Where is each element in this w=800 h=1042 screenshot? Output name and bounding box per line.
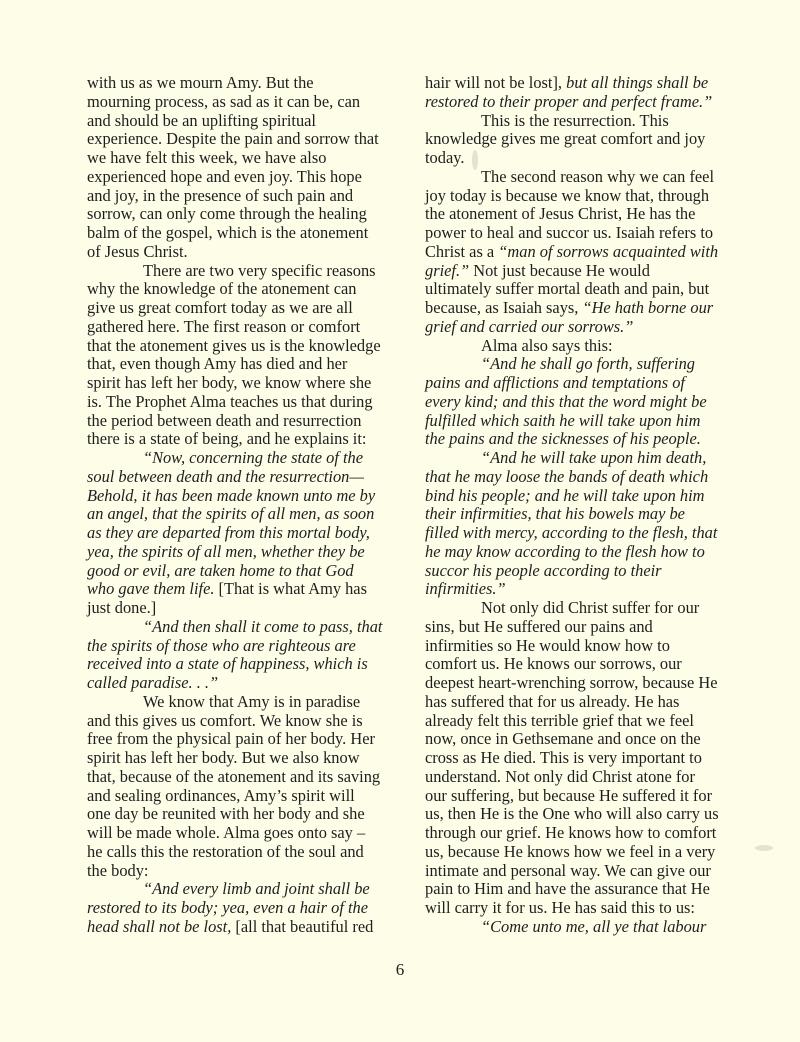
quoted-scripture: restored to its body; yea, even a hair o… <box>87 898 368 917</box>
text-line: just done.] <box>87 599 405 618</box>
text-line: There are two very specific reasons <box>87 262 405 281</box>
quoted-scripture: called paradise. . .” <box>87 673 218 692</box>
text-line: us, then He is the One who will also car… <box>425 805 743 824</box>
text-line: because, as Isaiah says, “He hath borne … <box>425 299 743 318</box>
quoted-scripture: “Come unto me, all ye that labour <box>481 917 706 936</box>
quoted-scripture: “man of sorrows acquainted with <box>498 242 718 261</box>
quoted-scripture: an angel, that the spirits of all men, a… <box>87 504 374 523</box>
text-line: yea, the spirits of all men, whether the… <box>87 543 405 562</box>
text-line: who gave them life. [That is what Amy ha… <box>87 580 405 599</box>
left-column-text: with us as we mourn Amy. But themourning… <box>87 74 405 937</box>
text-line: sins, but He suffered our pains and <box>425 618 743 637</box>
text-line: joy today is because we know that, throu… <box>425 187 743 206</box>
text-line: we have felt this week, we have also <box>87 149 405 168</box>
text-line: grief and carried our sorrows.” <box>425 318 743 337</box>
text-line: and joy, in the presence of such pain an… <box>87 187 405 206</box>
text-line: that he may loose the bands of death whi… <box>425 468 743 487</box>
text-line: with us as we mourn Amy. But the <box>87 74 405 93</box>
text-line: power to heal and succor us. Isaiah refe… <box>425 224 743 243</box>
text-line: is. The Prophet Alma teaches us that dur… <box>87 393 405 412</box>
quoted-scripture: grief.” <box>425 261 469 280</box>
quoted-scripture: succor his people according to their <box>425 561 662 580</box>
text-line: one day be reunited with her body and sh… <box>87 805 405 824</box>
quoted-scripture: that he may loose the bands of death whi… <box>425 467 708 486</box>
text-line: us, because He knows how we feel in a ve… <box>425 843 743 862</box>
text-line: grief.” Not just because He would <box>425 262 743 281</box>
text-line: and sealing ordinances, Amy’s spirit wil… <box>87 787 405 806</box>
text-line: restored to its body; yea, even a hair o… <box>87 899 405 918</box>
text-line: filled with mercy, according to the fles… <box>425 524 743 543</box>
text-line: why the knowledge of the atonement can <box>87 280 405 299</box>
text-line: infirmities.” <box>425 580 743 599</box>
text-line: of Jesus Christ. <box>87 243 405 262</box>
quoted-scripture: received into a state of happiness, whic… <box>87 654 368 673</box>
text-line: has suffered that for us already. He has <box>425 693 743 712</box>
quoted-scripture: who gave them life. <box>87 579 214 598</box>
quoted-scripture: soul between death and the resurrection— <box>87 467 364 486</box>
quoted-scripture: the pains and the sicknesses of his peop… <box>425 429 701 448</box>
text-line: “And he will take upon him death, <box>425 449 743 468</box>
text-line: that, because of the atonement and its s… <box>87 768 405 787</box>
quoted-scripture: yea, the spirits of all men, whether the… <box>87 542 365 561</box>
text-line: he may know according to the flesh how t… <box>425 543 743 562</box>
text-line: balm of the gospel, which is the atoneme… <box>87 224 405 243</box>
text-line: gathered here. The first reason or comfo… <box>87 318 405 337</box>
text-line: through our grief. He knows how to comfo… <box>425 824 743 843</box>
paper-smudge <box>755 845 773 851</box>
text-line: the body: <box>87 862 405 881</box>
paper-smudge <box>472 150 478 170</box>
text-line: comfort us. He knows our sorrows, our <box>425 655 743 674</box>
text-line: Behold, it has been made known unto me b… <box>87 487 405 506</box>
text-line: experience. Despite the pain and sorrow … <box>87 130 405 149</box>
left-text-column: with us as we mourn Amy. But themourning… <box>87 74 405 937</box>
text-line: the spirits of those who are righteous a… <box>87 637 405 656</box>
text-line: “Come unto me, all ye that labour <box>425 918 743 937</box>
text-line: that, even though Amy has died and her <box>87 355 405 374</box>
text-line: good or evil, are taken home to that God <box>87 562 405 581</box>
quoted-scripture: their infirmities, that his bowels may b… <box>425 504 685 523</box>
text-line: The second reason why we can feel <box>425 168 743 187</box>
quoted-scripture: “And then shall it come to pass, that <box>143 617 382 636</box>
text-line: called paradise. . .” <box>87 674 405 693</box>
text-line: Alma also says this: <box>425 337 743 356</box>
text-line: the period between death and resurrectio… <box>87 412 405 431</box>
quoted-scripture: restored to their proper and perfect fra… <box>425 92 712 111</box>
text-line: We know that Amy is in paradise <box>87 693 405 712</box>
quoted-scripture: bind his people; and he will take upon h… <box>425 486 705 505</box>
quoted-scripture: the spirits of those who are righteous a… <box>87 636 356 655</box>
text-line: cross as He died. This is very important… <box>425 749 743 768</box>
text-line: sorrow, can only come through the healin… <box>87 205 405 224</box>
text-line: will be made whole. Alma goes onto say – <box>87 824 405 843</box>
text-line: that the atonement gives us is the knowl… <box>87 337 405 356</box>
quoted-scripture: “He hath borne our <box>582 298 713 317</box>
quoted-scripture: infirmities.” <box>425 579 506 598</box>
text-line: hair will not be lost], but all things s… <box>425 74 743 93</box>
text-line: infirmities so He would know how to <box>425 637 743 656</box>
text-line: Christ as a “man of sorrows acquainted w… <box>425 243 743 262</box>
text-line: knowledge gives me great comfort and joy <box>425 130 743 149</box>
quoted-scripture: grief and carried our sorrows.” <box>425 317 633 336</box>
text-line: pain to Him and have the assurance that … <box>425 880 743 899</box>
text-line: and should be an uplifting spiritual <box>87 112 405 131</box>
text-line: there is a state of being, and he explai… <box>87 430 405 449</box>
text-line: fulfilled which saith he will take upon … <box>425 412 743 431</box>
text-line: and this gives us comfort. We know she i… <box>87 712 405 731</box>
quoted-scripture: but all things shall be <box>566 73 708 92</box>
text-line: free from the physical pain of her body.… <box>87 730 405 749</box>
text-line: experienced hope and even joy. This hope <box>87 168 405 187</box>
text-line: give us great comfort today as we are al… <box>87 299 405 318</box>
text-line: now, once in Gethsemane and once on the <box>425 730 743 749</box>
text-line: bind his people; and he will take upon h… <box>425 487 743 506</box>
quoted-scripture: head shall not be lost, <box>87 917 231 936</box>
quoted-scripture: good or evil, are taken home to that God <box>87 561 354 580</box>
text-line: Not only did Christ suffer for our <box>425 599 743 618</box>
text-line: “Now, concerning the state of the <box>87 449 405 468</box>
quoted-scripture: Behold, it has been made known unto me b… <box>87 486 375 505</box>
page-number: 6 <box>0 960 800 980</box>
text-line: the atonement of Jesus Christ, He has th… <box>425 205 743 224</box>
text-line: the pains and the sicknesses of his peop… <box>425 430 743 449</box>
text-line: spirit has left her body. But we also kn… <box>87 749 405 768</box>
quoted-scripture: fulfilled which saith he will take upon … <box>425 411 700 430</box>
text-line: an angel, that the spirits of all men, a… <box>87 505 405 524</box>
text-line: “And every limb and joint shall be <box>87 880 405 899</box>
quoted-scripture: filled with mercy, according to the fles… <box>425 523 717 542</box>
quoted-scripture: every kind; and this that the word might… <box>425 392 707 411</box>
text-line: deepest heart-wrenching sorrow, because … <box>425 674 743 693</box>
text-line: “And he shall go forth, suffering <box>425 355 743 374</box>
text-line: mourning process, as sad as it can be, c… <box>87 93 405 112</box>
quoted-scripture: “And every limb and joint shall be <box>143 879 370 898</box>
quoted-scripture: as they are departed from this mortal bo… <box>87 523 370 542</box>
text-line: spirit has left her body, we know where … <box>87 374 405 393</box>
quoted-scripture: “Now, concerning the state of the <box>143 448 363 467</box>
text-line: our suffering, but because He suffered i… <box>425 787 743 806</box>
text-line: their infirmities, that his bowels may b… <box>425 505 743 524</box>
right-text-column: hair will not be lost], but all things s… <box>425 74 743 937</box>
text-line: restored to their proper and perfect fra… <box>425 93 743 112</box>
text-line: This is the resurrection. This <box>425 112 743 131</box>
text-line: soul between death and the resurrection— <box>87 468 405 487</box>
text-line: pains and afflictions and temptations of <box>425 374 743 393</box>
quoted-scripture: “And he will take upon him death, <box>481 448 706 467</box>
text-line: “And then shall it come to pass, that <box>87 618 405 637</box>
quoted-scripture: he may know according to the flesh how t… <box>425 542 705 561</box>
text-line: intimate and personal way. We can give o… <box>425 862 743 881</box>
text-line: succor his people according to their <box>425 562 743 581</box>
text-line: head shall not be lost, [all that beauti… <box>87 918 405 937</box>
text-line: every kind; and this that the word might… <box>425 393 743 412</box>
text-line: received into a state of happiness, whic… <box>87 655 405 674</box>
right-column-text: hair will not be lost], but all things s… <box>425 74 743 937</box>
text-line: already felt this terrible grief that we… <box>425 712 743 731</box>
text-line: as they are departed from this mortal bo… <box>87 524 405 543</box>
quoted-scripture: “And he shall go forth, suffering <box>481 354 695 373</box>
quoted-scripture: pains and afflictions and temptations of <box>425 373 685 392</box>
text-line: ultimately suffer mortal death and pain,… <box>425 280 743 299</box>
text-line: will carry it for us. He has said this t… <box>425 899 743 918</box>
text-line: he calls this the restoration of the sou… <box>87 843 405 862</box>
text-line: understand. Not only did Christ atone fo… <box>425 768 743 787</box>
